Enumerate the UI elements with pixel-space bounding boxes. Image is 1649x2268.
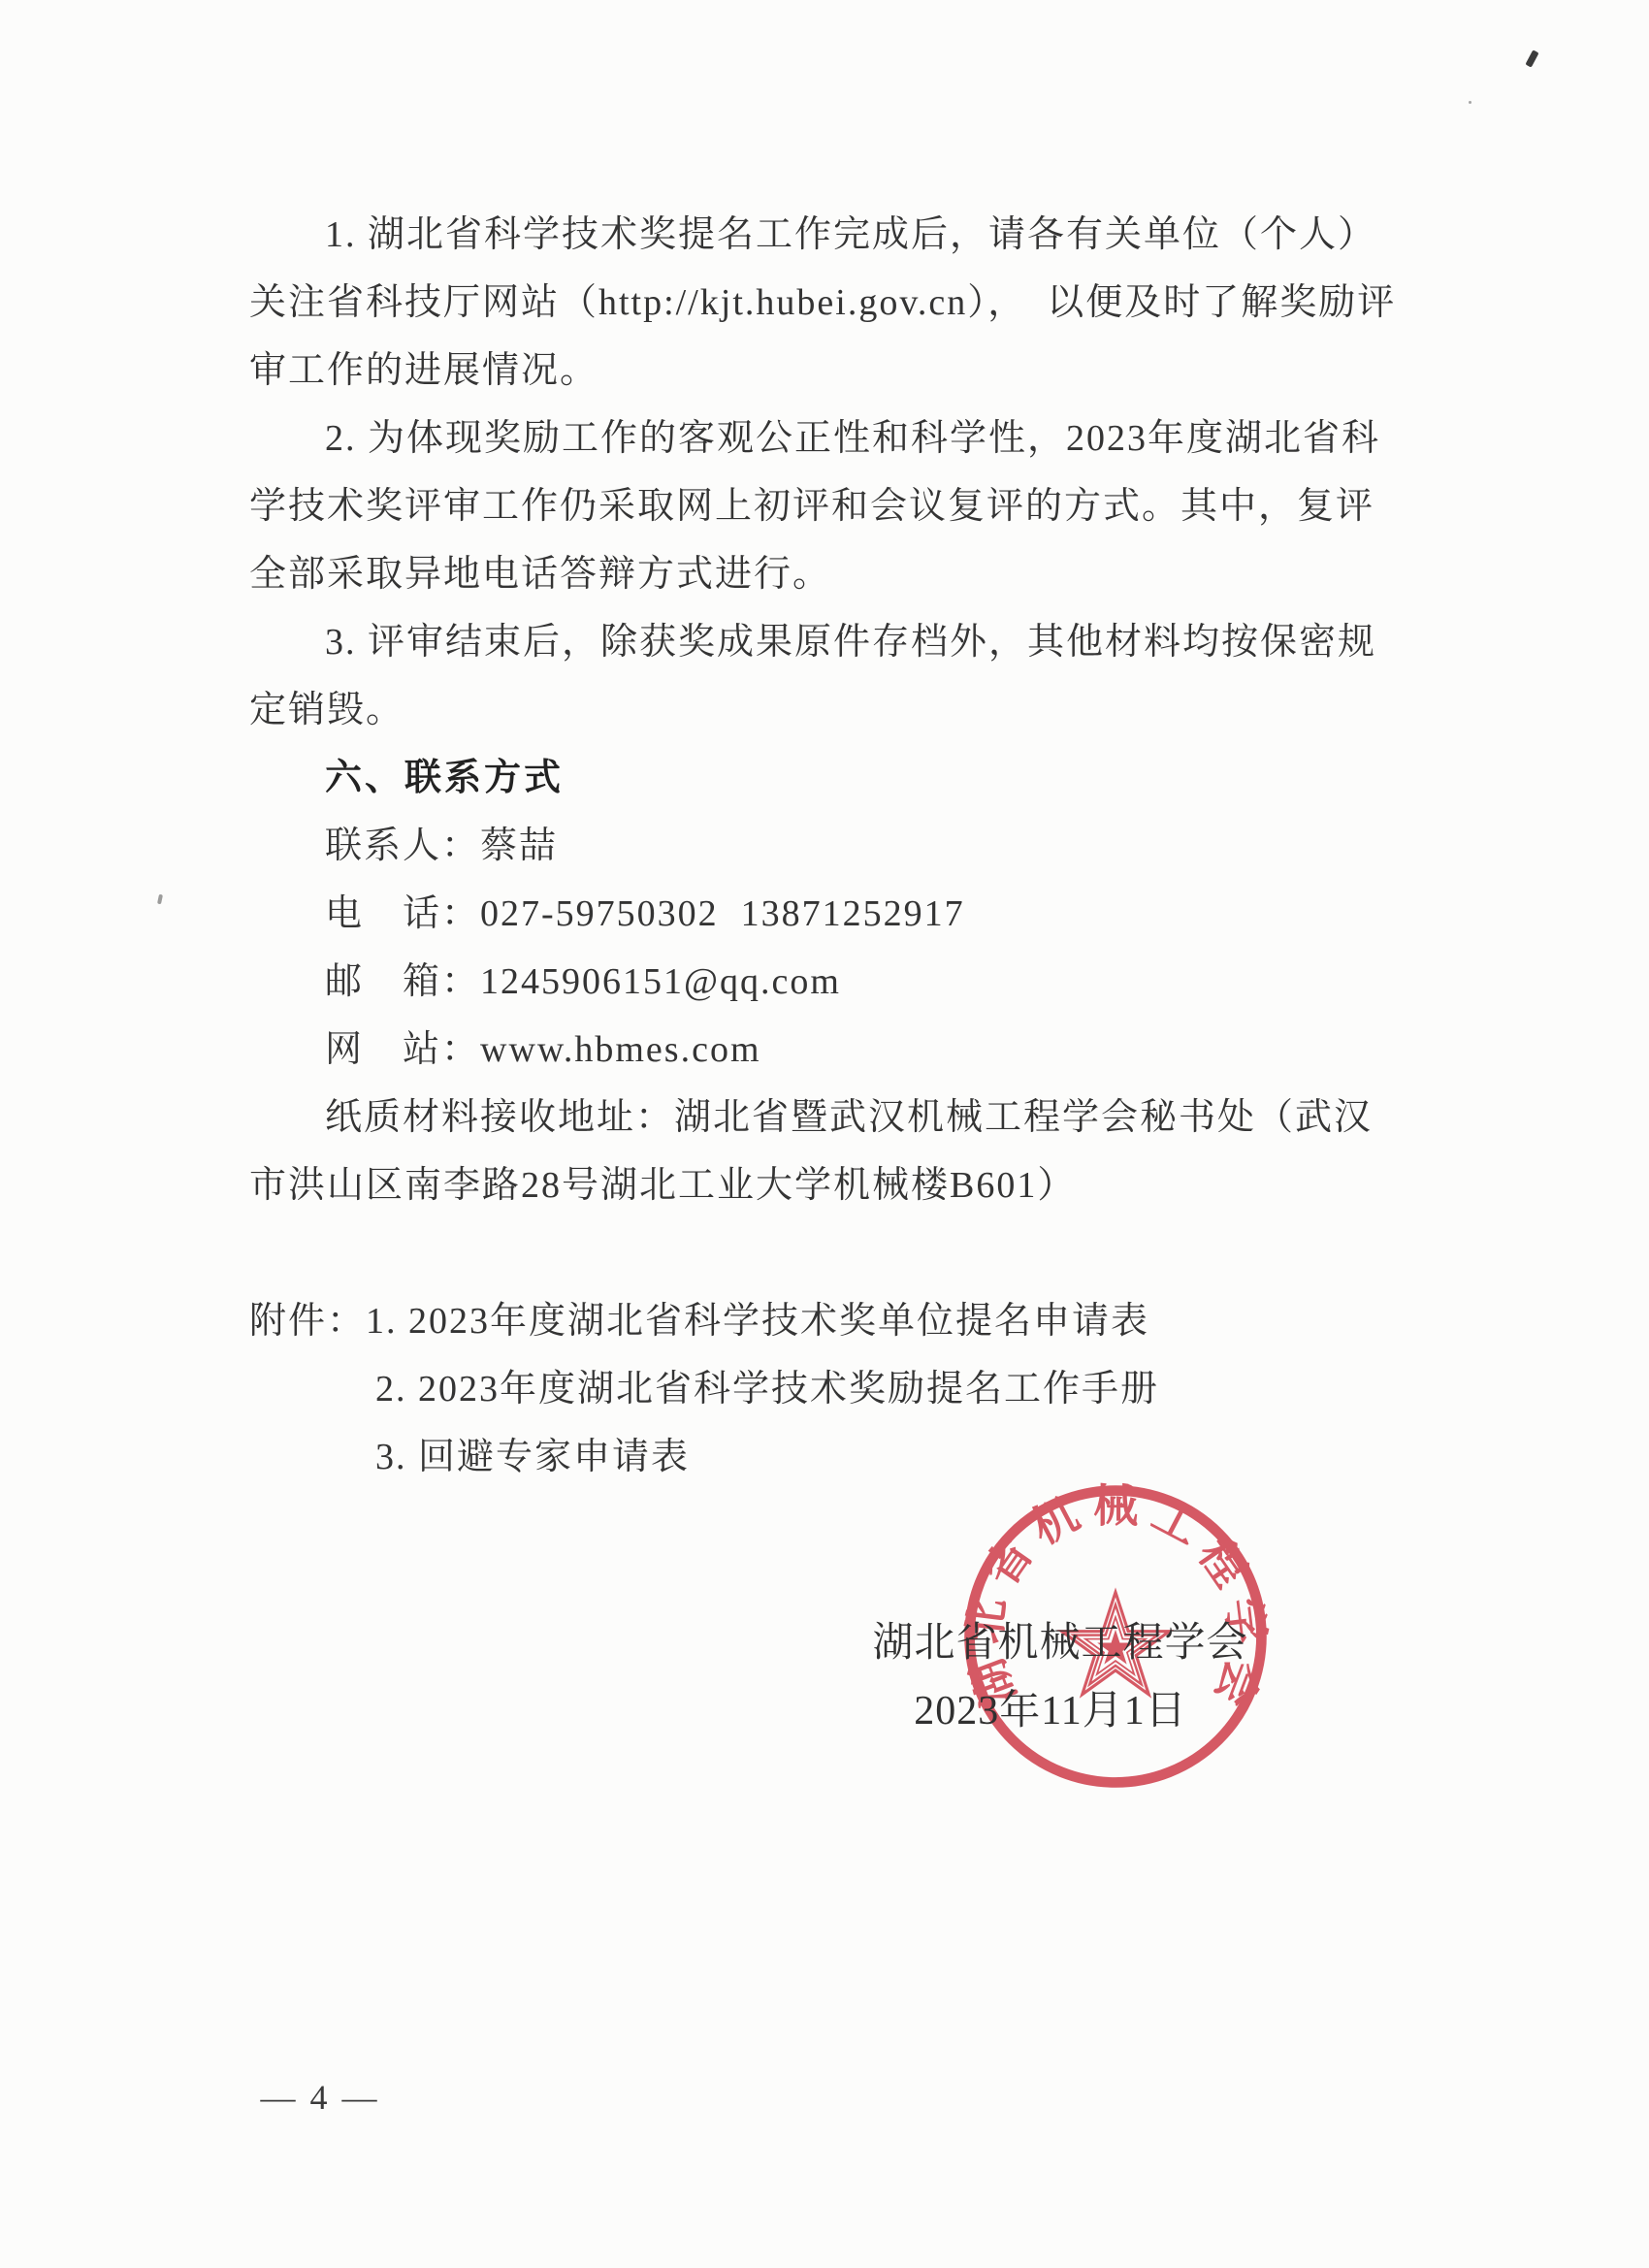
paragraph-line: 审工作的进展情况。	[249, 337, 1413, 405]
attachment-line: 2. 2023年度湖北省科学技术奖励提名工作手册	[249, 1355, 1413, 1423]
paragraph-line: 1. 湖北省科学技术奖提名工作完成后，请各有关单位（个人）	[249, 201, 1413, 269]
paragraph-line: 关注省科技厅网站（http://kjt.hubei.gov.cn）， 以便及时了…	[249, 269, 1413, 337]
scanned-document-page: { "doc": { "lines": [ {"text": "1. 湖北省科学…	[0, 0, 1649, 2268]
document-body: 1. 湖北省科学技术奖提名工作完成后，请各有关单位（个人） 关注省科技厅网站（h…	[249, 201, 1413, 1491]
contact-phone-line: 电 话：027-59750302 13871252917	[249, 880, 1413, 948]
contact-website-line: 网 站：www.hbmes.com	[249, 1016, 1413, 1084]
mailing-address-line: 市洪山区南李路28号湖北工业大学机械楼B601）	[249, 1151, 1413, 1219]
scan-speck	[1469, 101, 1471, 104]
scan-speck	[1525, 49, 1538, 67]
attachment-line: 附件：1. 2023年度湖北省科学技术奖单位提名申请表	[249, 1287, 1413, 1355]
paragraph-line: 学技术奖评审工作仍采取网上初评和会议复评的方式。其中，复评	[249, 472, 1413, 540]
paragraph-line: 全部采取异地电话答辩方式进行。	[249, 540, 1413, 608]
blank-line	[249, 1219, 1413, 1287]
contact-person-line: 联系人：蔡喆	[249, 812, 1413, 880]
scan-speck	[157, 894, 163, 905]
signature-organization: 湖北省机械工程学会	[721, 1609, 1400, 1677]
paragraph-line: 定销毁。	[249, 676, 1413, 744]
section-heading-contact: 六、联系方式	[249, 744, 1413, 812]
mailing-address-line: 纸质材料接收地址：湖北省暨武汉机械工程学会秘书处（武汉	[249, 1084, 1413, 1151]
contact-email-line: 邮 箱：1245906151@qq.com	[249, 948, 1413, 1016]
signature-date: 2023年11月1日	[711, 1677, 1390, 1745]
paragraph-line: 3. 评审结束后，除获奖成果原件存档外，其他材料均按保密规	[249, 608, 1413, 676]
page-number: — 4 —	[223, 2066, 417, 2128]
paragraph-line: 2. 为体现奖励工作的客观公正性和科学性，2023年度湖北省科	[249, 405, 1413, 472]
